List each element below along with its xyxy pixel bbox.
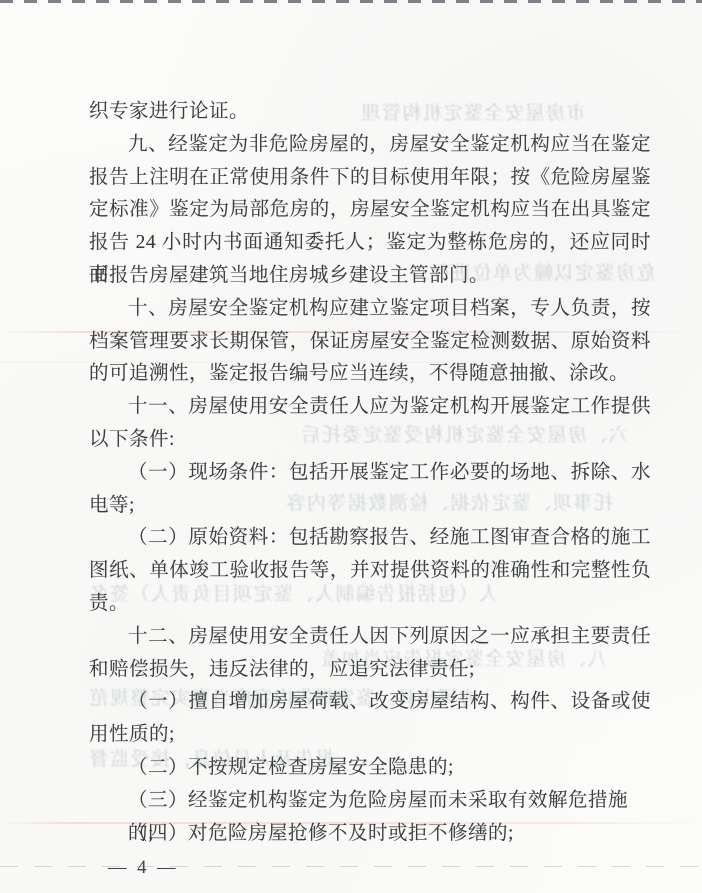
text-line: （三）经鉴定机构鉴定为危险房屋而未采取有效解危措施的; xyxy=(89,785,651,818)
text-line: 报告 24 小时内书面通知委托人；鉴定为整栋危房的，还应同时书 xyxy=(89,227,651,260)
text-line: 九、经鉴定为非危险房屋的，房屋安全鉴定机构应当在鉴定 xyxy=(89,129,651,162)
document-body: 织专家进行论证。九、经鉴定为非危险房屋的，房屋安全鉴定机构应当在鉴定报告上注明在… xyxy=(89,96,651,850)
text-line: 图纸、单体竣工验收报告等，并对提供资料的准确性和完整性负 xyxy=(89,555,651,588)
page-number: — 4 — xyxy=(108,858,179,879)
text-line: 电等; xyxy=(89,490,651,523)
scan-artifact-top-edge xyxy=(0,0,702,3)
text-line: 档案管理要求长期保管，保证房屋安全鉴定检测数据、原始资料 xyxy=(89,326,651,359)
text-line: 用性质的; xyxy=(89,719,651,752)
text-line: （二）原始资料：包括勘察报告、经施工图审查合格的施工 xyxy=(89,522,651,555)
text-line: 定标准》鉴定为局部危房的，房屋安全鉴定机构应当在出具鉴定 xyxy=(89,194,651,227)
text-line: 织专家进行论证。 xyxy=(89,96,651,129)
text-line: 报告上注明在正常使用条件下的目标使用年限；按《危险房屋鉴 xyxy=(89,162,651,195)
text-line: 十二、房屋使用安全责任人因下列原因之一应承担主要责任 xyxy=(89,621,651,654)
scan-streak xyxy=(0,866,702,867)
document-page: 市房屋安全鉴定机构管理危房鉴定以幢为单位进行六、房屋安全鉴定机构受鉴定委托后托事… xyxy=(0,0,702,893)
text-line: 十、房屋安全鉴定机构应建立鉴定项目档案，专人负责，按 xyxy=(89,293,651,326)
text-line: 面报告房屋建筑当地住房城乡建设主管部门。 xyxy=(89,260,651,293)
text-line: 的可追溯性，鉴定报告编号应当连续，不得随意抽撤、涂改。 xyxy=(89,358,651,391)
text-line: 责。 xyxy=(89,588,651,621)
text-line: 和赔偿损失，违反法律的，应追究法律责任; xyxy=(89,654,651,687)
text-line: （一）现场条件：包括开展鉴定工作必要的场地、拆除、水 xyxy=(89,457,651,490)
text-line: （四）对危险房屋抢修不及时或拒不修缮的; xyxy=(89,818,651,851)
text-line: 十一、房屋使用安全责任人应为鉴定机构开展鉴定工作提供 xyxy=(89,391,651,424)
text-line: 以下条件: xyxy=(89,424,651,457)
text-line: （一）擅自增加房屋荷载、改变房屋结构、构件、设备或使 xyxy=(89,686,651,719)
text-line: （二）不按规定检查房屋安全隐患的; xyxy=(89,752,651,785)
